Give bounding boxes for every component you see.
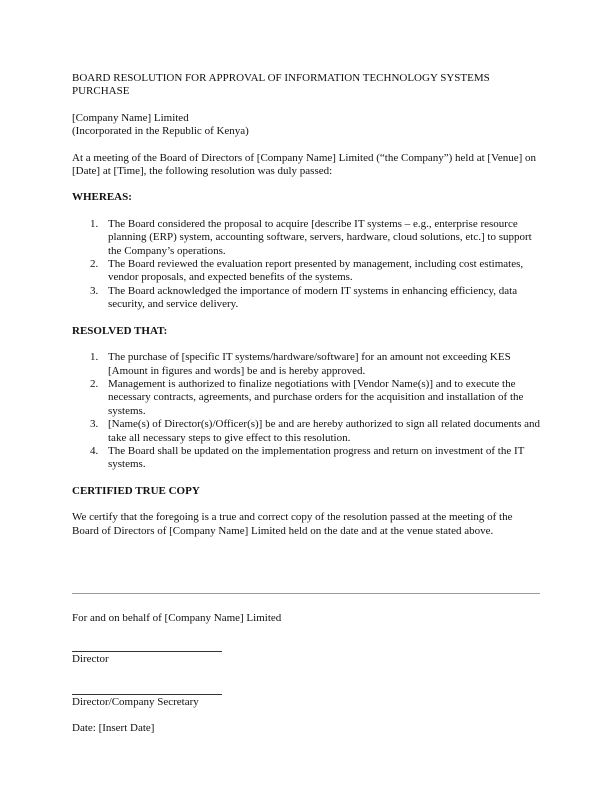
resolved-heading: RESOLVED THAT: xyxy=(72,325,540,338)
resolved-list: 1. The purchase of [specific IT systems/… xyxy=(72,351,540,472)
whereas-item: 1. The Board considered the proposal to … xyxy=(72,218,540,258)
clause-text: The Board considered the proposal to acq… xyxy=(108,218,532,257)
company-block: [Company Name] Limited (Incorporated in … xyxy=(72,112,540,139)
horizontal-rule xyxy=(72,593,540,594)
secretary-signature-line xyxy=(72,694,222,695)
clause-number: 3. xyxy=(90,285,98,298)
meeting-intro: At a meeting of the Board of Directors o… xyxy=(72,152,540,179)
certified-heading: CERTIFIED TRUE COPY xyxy=(72,485,540,498)
director-label: Director xyxy=(72,653,540,666)
certification-text: We certify that the foregoing is a true … xyxy=(72,511,540,538)
signature-block: For and on behalf of [Company Name] Limi… xyxy=(72,612,540,736)
clause-text: The Board reviewed the evaluation report… xyxy=(108,258,523,283)
clause-text: [Name(s) of Director(s)/Officer(s)] be a… xyxy=(108,418,540,443)
whereas-list: 1. The Board considered the proposal to … xyxy=(72,218,540,312)
clause-number: 2. xyxy=(90,258,98,271)
date-line: Date: [Insert Date] xyxy=(72,722,540,735)
clause-number: 1. xyxy=(90,351,98,364)
clause-text: The purchase of [specific IT systems/har… xyxy=(108,351,511,376)
clause-text: The Board shall be updated on the implem… xyxy=(108,445,524,470)
clause-text: The Board acknowledged the importance of… xyxy=(108,285,517,310)
whereas-heading: WHEREAS: xyxy=(72,191,540,204)
document-title: BOARD RESOLUTION FOR APPROVAL OF INFORMA… xyxy=(72,72,540,99)
clause-number: 3. xyxy=(90,418,98,431)
secretary-label: Director/Company Secretary xyxy=(72,696,540,709)
document-page: BOARD RESOLUTION FOR APPROVAL OF INFORMA… xyxy=(72,72,540,538)
director-signature-line xyxy=(72,651,222,652)
clause-text: Management is authorized to finalize neg… xyxy=(108,378,523,417)
incorporation-line: (Incorporated in the Republic of Kenya) xyxy=(72,125,540,138)
clause-number: 1. xyxy=(90,218,98,231)
resolved-item: 4. The Board shall be updated on the imp… xyxy=(72,445,540,472)
resolved-item: 1. The purchase of [specific IT systems/… xyxy=(72,351,540,378)
company-name-line: [Company Name] Limited xyxy=(72,112,540,125)
on-behalf-line: For and on behalf of [Company Name] Limi… xyxy=(72,612,540,625)
whereas-item: 3. The Board acknowledged the importance… xyxy=(72,285,540,312)
resolved-item: 2. Management is authorized to finalize … xyxy=(72,378,540,418)
resolved-item: 3. [Name(s) of Director(s)/Officer(s)] b… xyxy=(72,418,540,445)
clause-number: 4. xyxy=(90,445,98,458)
clause-number: 2. xyxy=(90,378,98,391)
whereas-item: 2. The Board reviewed the evaluation rep… xyxy=(72,258,540,285)
